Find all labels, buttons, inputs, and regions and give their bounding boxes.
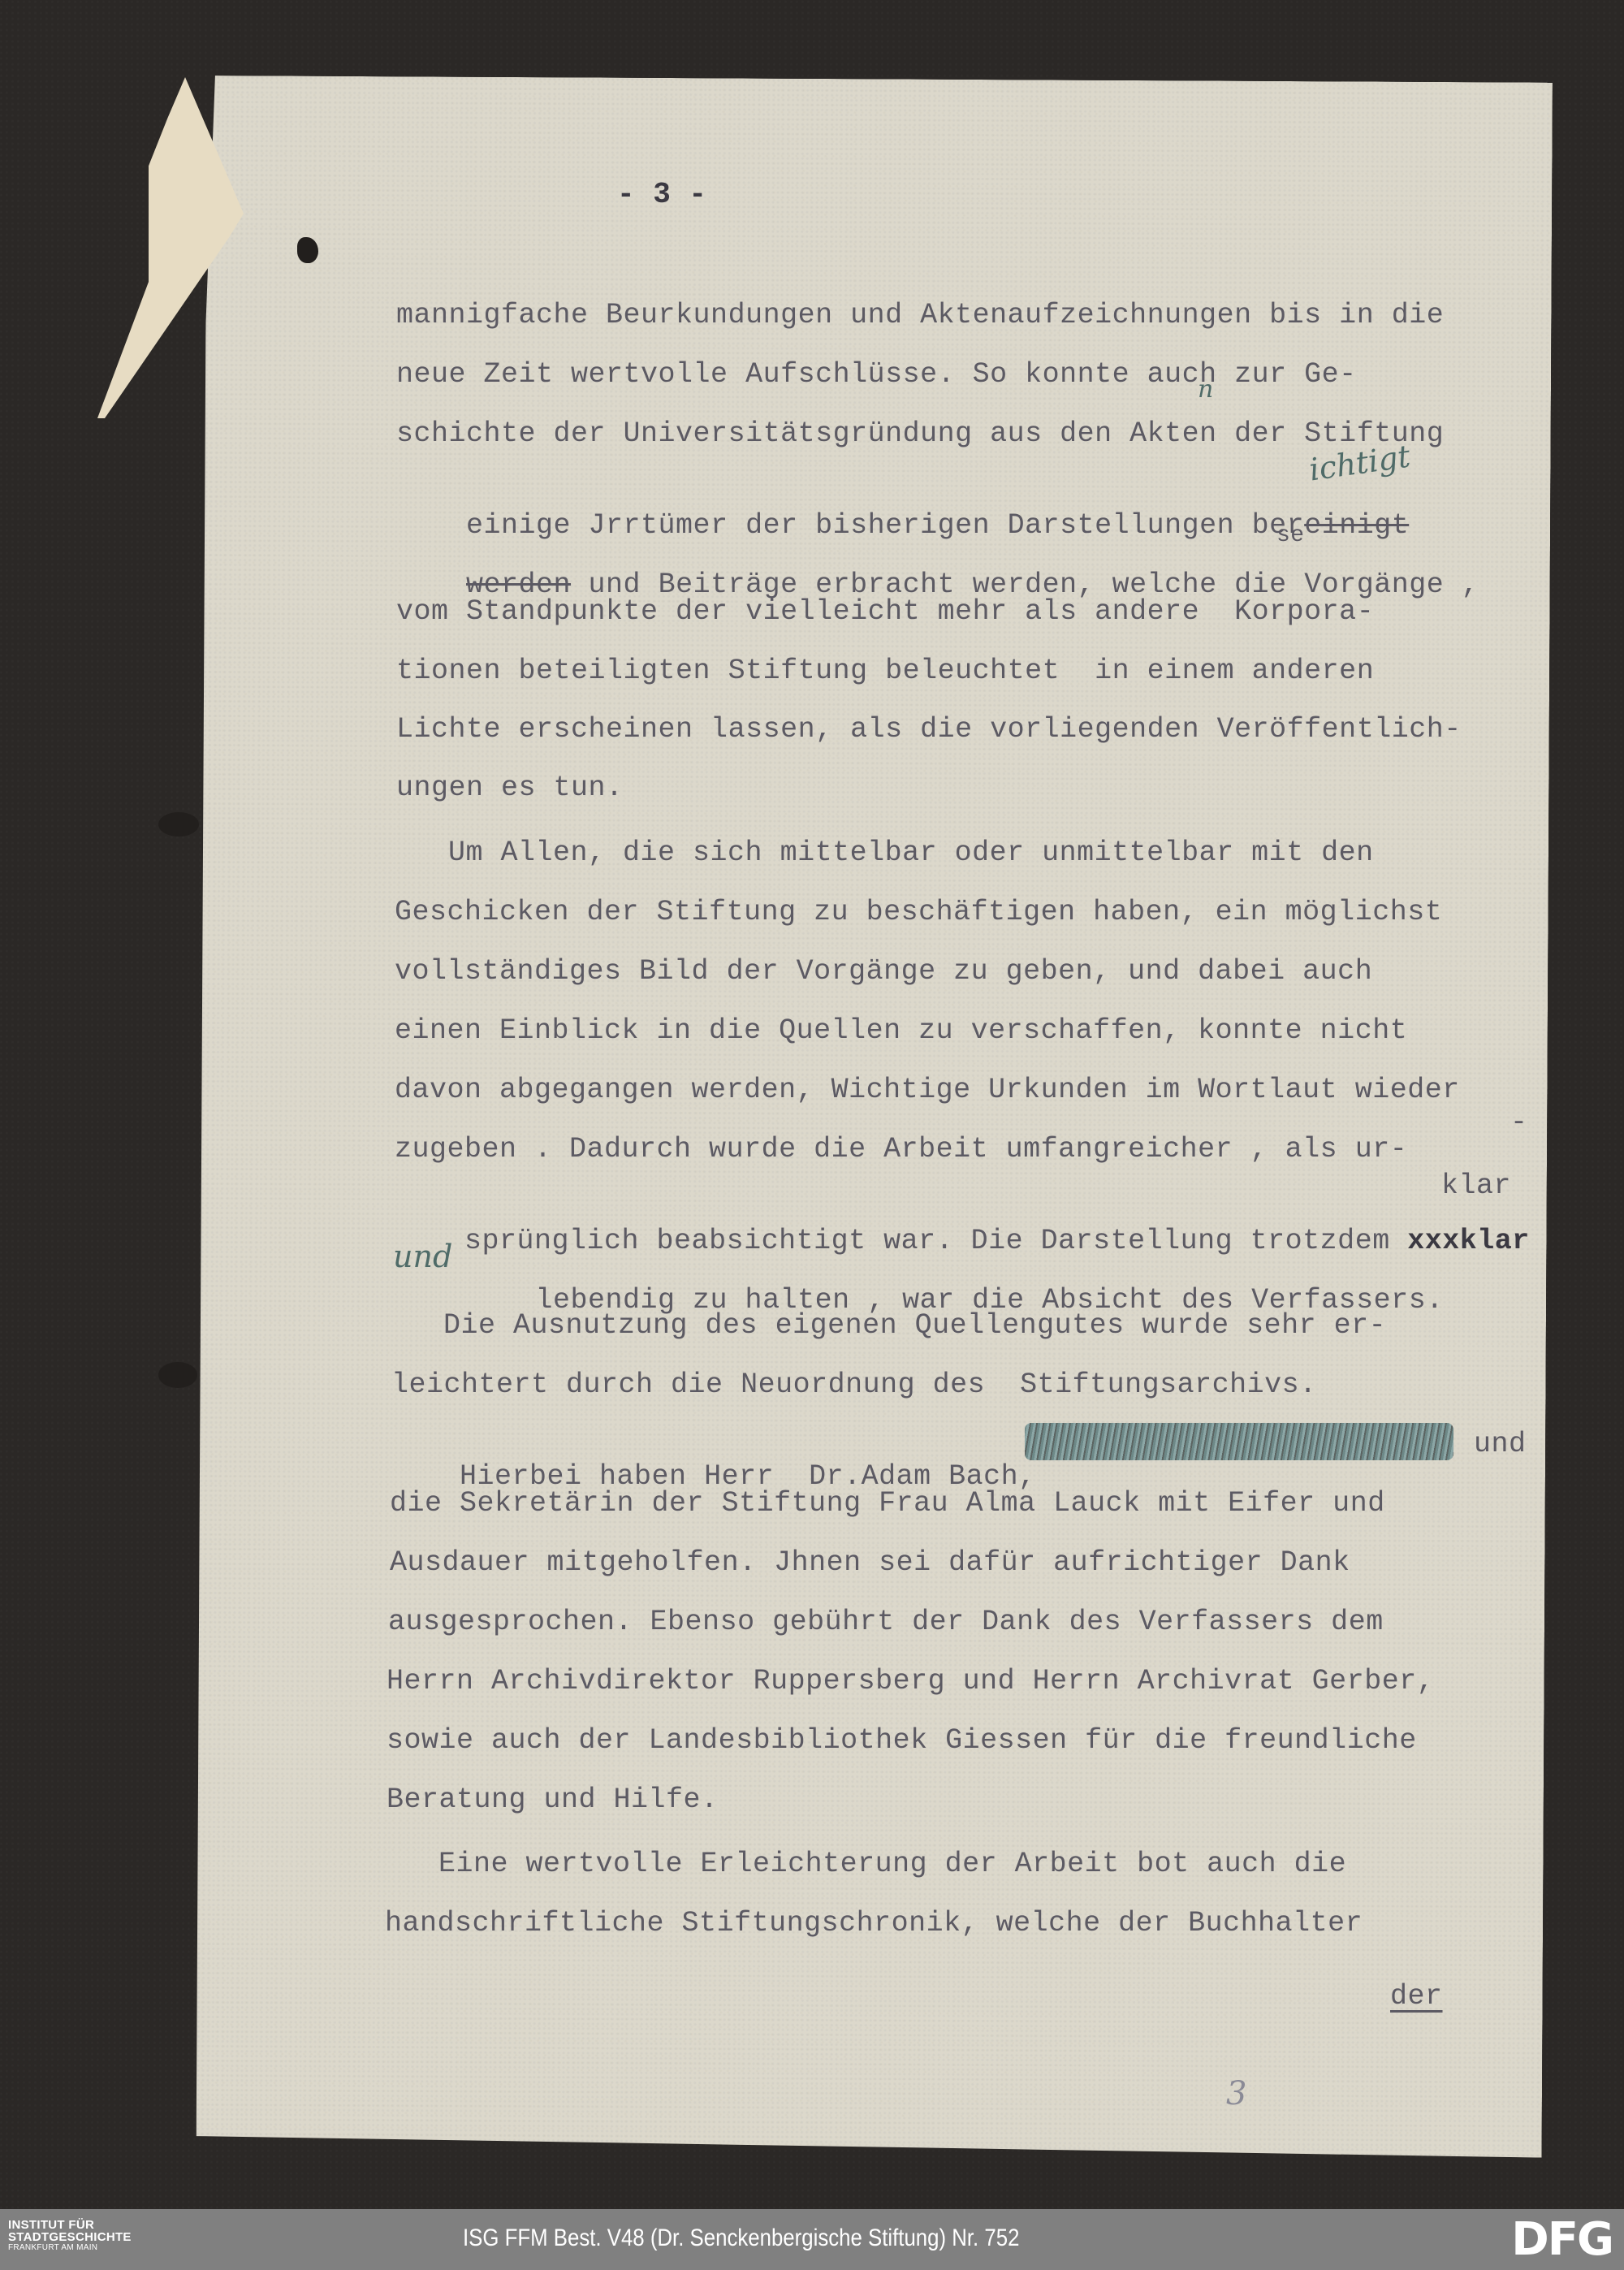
page-number: - 3 -	[617, 179, 707, 211]
text-line-6: vom Standpunkte der vielleicht mehr als …	[396, 595, 1374, 628]
text-line-7: tionen beteiligten Stiftung beleuchtet i…	[396, 655, 1374, 687]
punch-hole-top	[297, 237, 318, 263]
margin-hyphen: -	[1510, 1106, 1528, 1139]
text-line-23: ausgesprochen. Ebenso gebührt der Dank d…	[388, 1606, 1384, 1638]
archive-footer-bar: INSTITUT FÜR STADTGESCHICHTE FRANKFURT A…	[0, 2209, 1624, 2270]
text-line-18: Die Ausnutzung des eigenen Quellengutes …	[443, 1309, 1386, 1342]
text-line-28: handschriftliche Stiftungschronik, welch…	[385, 1907, 1363, 1939]
catchword: der	[1390, 1980, 1443, 2013]
text-line-9: ungen es tun.	[396, 772, 624, 804]
redacted-name-scribble	[1025, 1423, 1453, 1460]
text-line-20-end: und	[1474, 1428, 1527, 1460]
text-line-24: Herrn Archivdirektor Ruppersberg und Her…	[387, 1665, 1434, 1697]
archive-reference: ISG FFM Best. V48 (Dr. Senckenbergische …	[463, 2222, 1019, 2255]
text-line-11: Geschicken der Stiftung zu beschäftigen …	[395, 896, 1442, 928]
text-line-25: sowie auch der Landesbibliothek Giessen …	[387, 1724, 1417, 1757]
punch-hole-middle	[158, 812, 199, 837]
text-line-27: Eine wertvolle Erleichterung der Arbeit …	[438, 1848, 1346, 1880]
dfg-logo: DFG	[1511, 2216, 1613, 2264]
institution-line-2: STADTGESCHICHTE	[8, 2231, 132, 2243]
institution-line-1: INSTITUT FÜR	[8, 2219, 132, 2231]
text-line-13: einen Einblick in die Quellen zu verscha…	[395, 1014, 1407, 1047]
text-line-26: Beratung und Hilfe.	[387, 1784, 719, 1816]
text-line-21: die Sekretärin der Stiftung Frau Alma La…	[390, 1487, 1385, 1520]
pencil-page-number: 3	[1226, 2075, 1246, 2112]
institution-line-3: FRANKFURT AM MAIN	[8, 2243, 132, 2253]
handwritten-n-correction: n	[1198, 375, 1213, 404]
text-line-19: leichtert durch die Neuordnung des Stift…	[391, 1368, 1317, 1401]
text-line-12: vollständiges Bild der Vorgänge zu geben…	[395, 955, 1372, 988]
text-line-3: schichte der Universitätsgründung aus de…	[396, 417, 1444, 450]
punch-hole-bottom	[158, 1362, 197, 1388]
text-line-14: davon abgegangen werden, Wichtige Urkund…	[395, 1074, 1460, 1106]
text-line-10: Um Allen, die sich mittelbar oder unmitt…	[448, 837, 1374, 869]
text-line-8: Lichte erscheinen lassen, als die vorlie…	[396, 713, 1462, 746]
text-line-15: zugeben . Dadurch wurde die Arbeit umfan…	[395, 1133, 1407, 1165]
institution-logo: INSTITUT FÜR STADTGESCHICHTE FRANKFURT A…	[8, 2219, 132, 2253]
text-line-1: mannigfache Beurkundungen und Aktenaufze…	[396, 299, 1444, 331]
text-line-22: Ausdauer mitgeholfen. Jhnen sei dafür au…	[390, 1546, 1350, 1579]
